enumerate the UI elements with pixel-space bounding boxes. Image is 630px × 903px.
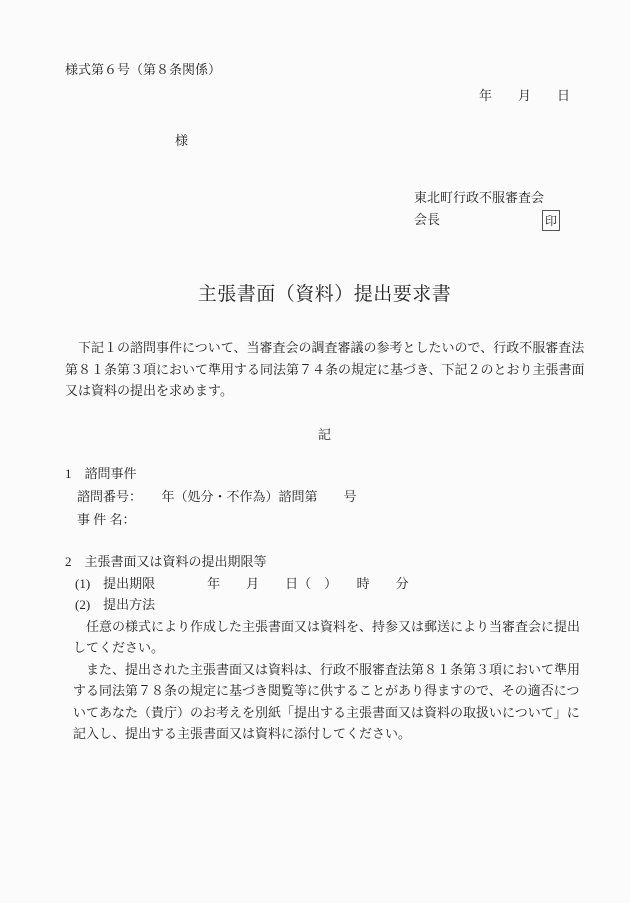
- section2-heading: 2 主張書面又は資料の提出期限等: [65, 551, 584, 573]
- consultation-number-line: 諮問番号： 年（処分・不作為）諮問第 号: [65, 485, 584, 508]
- document-page: 様式第６号（第８条関係） 年 月 日 様 東北町行政不服審査会 会長 印 主張書…: [0, 0, 630, 903]
- sender-role: 会長: [414, 209, 440, 231]
- section1-heading: 1 諮問事件: [65, 462, 584, 485]
- sender-block: 東北町行政不服審査会 会長 印: [414, 187, 560, 231]
- case-name-line: 事 件 名：: [65, 508, 584, 531]
- intro-paragraph: 下記１の諮問事件について、当審査会の調査審議の参考としたいので、行政不服審査法 …: [65, 337, 584, 402]
- method-para1-line: 任意の様式により作成した主張書面又は資料を、持参又は郵送により当審査会に提出: [73, 616, 584, 638]
- method-para2-line: する同法第７８条の規定に基づき閲覧等に供することがあり得ますので、その適否につ: [73, 680, 584, 702]
- issue-date-line: 年 月 日: [65, 88, 584, 104]
- record-marker: 記: [65, 424, 584, 446]
- addressee-suffix: 様: [175, 133, 188, 148]
- section-submission-terms: 2 主張書面又は資料の提出期限等 (1) 提出期限 年 月 日（ ） 時 分 (…: [65, 551, 584, 745]
- intro-line: 下記１の諮問事件について、当審査会の調査審議の参考としたいので、行政不服審査法: [65, 337, 584, 359]
- submission-method-paragraph-2: また、提出された主張書面又は資料は、行政不服審査法第８１条第３項において準用 す…: [65, 659, 584, 745]
- document-title: 主張書面（資料）提出要求書: [65, 283, 584, 307]
- sender-organization: 東北町行政不服審査会: [414, 187, 560, 209]
- submission-deadline-line: (1) 提出期限 年 月 日（ ） 時 分: [65, 573, 584, 595]
- submission-method-label: (2) 提出方法: [65, 594, 584, 616]
- form-number-label: 様式第６号（第８条関係）: [65, 62, 584, 78]
- method-para2-line: いてあなた（貴庁）のお考えを別紙「提出する主張書面又は資料の取扱いについて」に: [73, 702, 584, 724]
- method-para2-line: また、提出された主張書面又は資料は、行政不服審査法第８１条第３項において準用: [73, 659, 584, 681]
- method-para2-line: 記入し、提出する主張書面又は資料に添付してください。: [73, 723, 584, 745]
- section-consultation-case: 1 諮問事件 諮問番号： 年（処分・不作為）諮問第 号 事 件 名：: [65, 462, 584, 531]
- intro-line: 第８１条第３項において準用する同法第７４条の規定に基づき、下記２のとおり主張書面: [65, 359, 584, 381]
- sender-role-line: 会長 印: [414, 209, 560, 231]
- submission-method-paragraph-1: 任意の様式により作成した主張書面又は資料を、持参又は郵送により当審査会に提出 し…: [65, 616, 584, 659]
- addressee-line: 様: [65, 133, 584, 149]
- seal-mark: 印: [542, 210, 560, 231]
- intro-line: 又は資料の提出を求めます。: [65, 380, 584, 402]
- method-para1-line: してください。: [73, 637, 584, 659]
